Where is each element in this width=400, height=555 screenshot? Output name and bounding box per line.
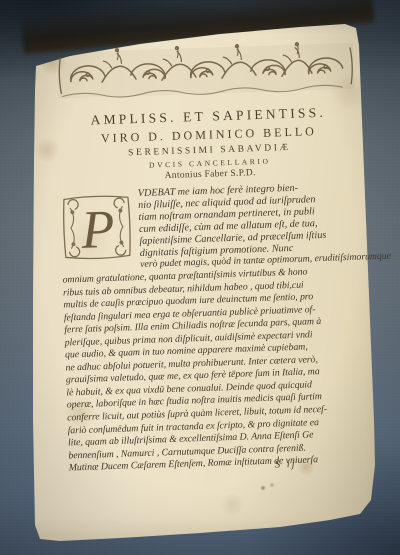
drop-cap-letter: P — [79, 199, 115, 260]
drop-cap-woodcut: P — [60, 190, 134, 264]
book-photo: AMPLISS. ET SAPIENTISS. VIRO D. DOMINICO… — [0, 0, 400, 555]
page-content: AMPLISS. ET SAPIENTISS. VIRO D. DOMINICO… — [36, 12, 383, 553]
signature-mark: S ij — [275, 459, 297, 471]
dedication-title: AMPLISS. ET SAPIENTISS. VIRO D. DOMINICO… — [57, 104, 361, 185]
headpiece-woodcut — [55, 40, 357, 102]
body-text: P VDEBAT me iam hoc ferè integro bien- n… — [60, 181, 371, 476]
